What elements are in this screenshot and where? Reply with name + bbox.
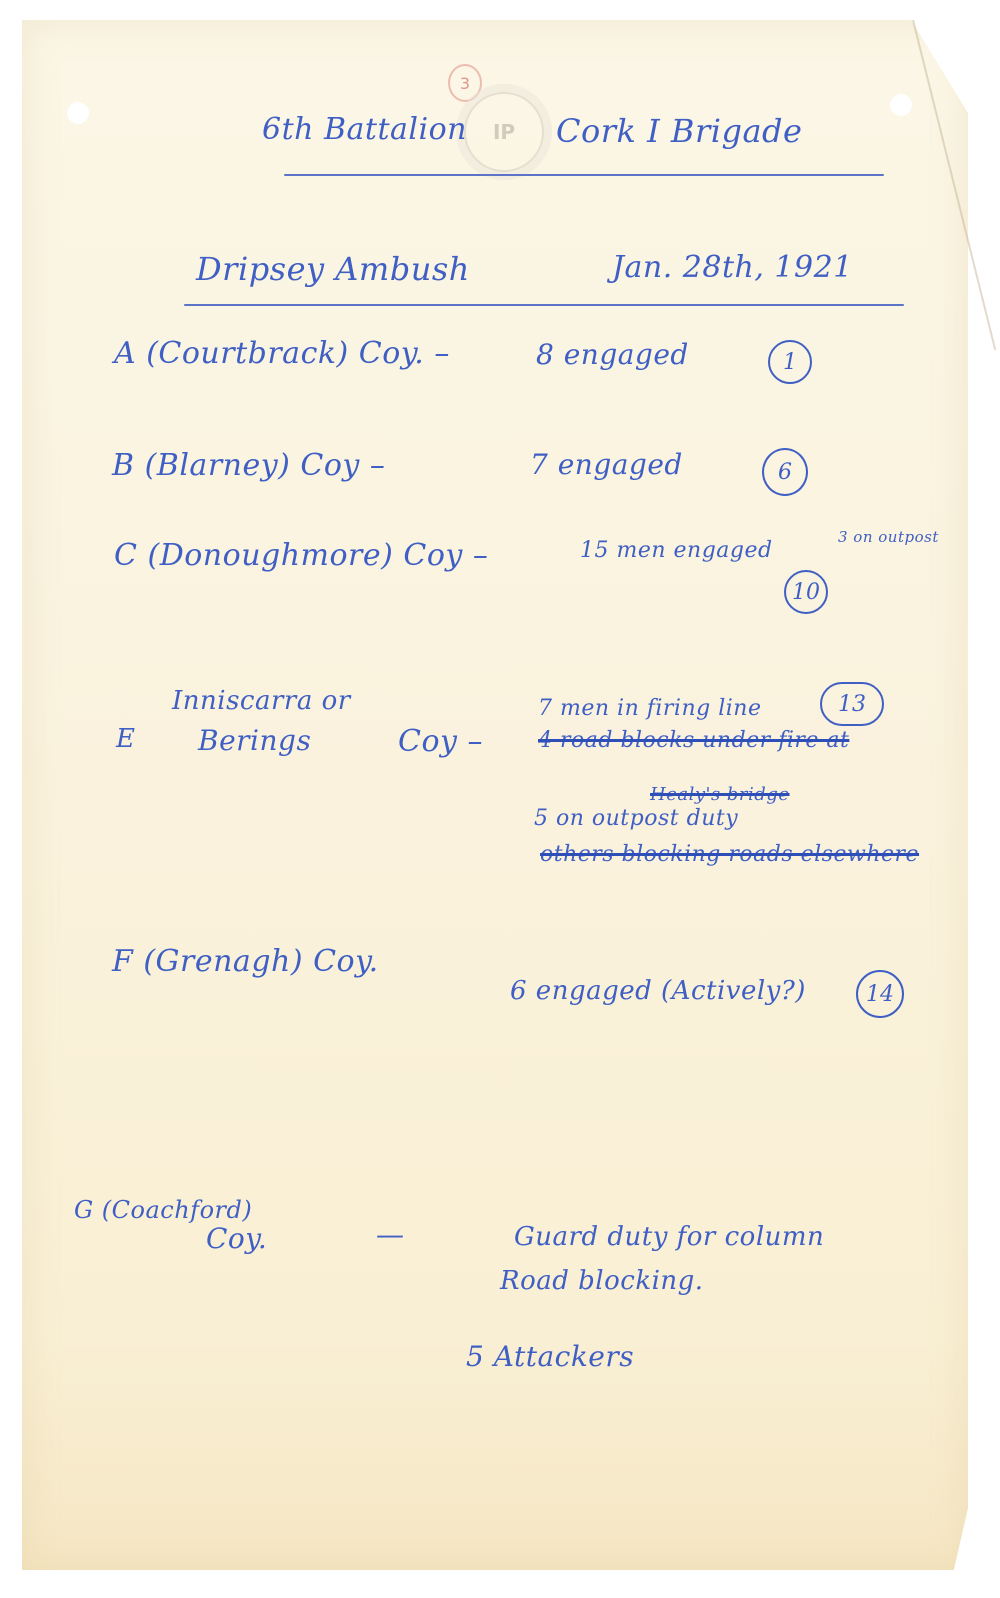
company-f-detail: 6 engaged (Actively?) bbox=[510, 976, 806, 1006]
company-e-detail-4: 5 on outpost duty bbox=[534, 806, 738, 831]
archive-mark: 3 bbox=[448, 64, 482, 102]
company-c-note: 3 on outpost bbox=[838, 528, 939, 546]
punch-hole-left bbox=[67, 102, 89, 124]
company-g-detail-1: Guard duty for column bbox=[514, 1222, 824, 1252]
company-g-detail-2: Road blocking. bbox=[500, 1266, 704, 1296]
company-g-name-line1: G (Coachford) bbox=[74, 1196, 252, 1224]
company-f-label: F (Grenagh) Coy. bbox=[112, 944, 379, 979]
company-e-detail-5-struck: others blocking roads elsewhere bbox=[540, 842, 919, 867]
attackers-note: 5 Attackers bbox=[466, 1340, 634, 1373]
company-e-detail-2-struck: 4 road blocks under fire at bbox=[538, 728, 849, 753]
company-e-coy: Coy – bbox=[398, 724, 483, 759]
company-c-detail: 15 men engaged bbox=[580, 538, 773, 563]
company-c-label: C (Donoughmore) Coy – bbox=[114, 538, 488, 573]
brigade-heading: Cork I Brigade bbox=[556, 112, 802, 150]
company-b-detail: 7 engaged bbox=[530, 448, 683, 481]
company-c-ref: 10 bbox=[784, 570, 828, 614]
company-e-name-line2: Berings bbox=[198, 724, 311, 757]
company-e-name-line1: Inniscarra or bbox=[172, 686, 351, 716]
company-g-dash: — bbox=[376, 1218, 405, 1251]
company-g-name-line2: Coy. bbox=[206, 1222, 267, 1255]
subheader-underline bbox=[184, 304, 904, 306]
company-e-ref: 13 bbox=[820, 682, 884, 726]
punch-hole-right bbox=[890, 94, 912, 116]
ambush-title: Dripsey Ambush bbox=[196, 250, 470, 288]
company-f-ref: 14 bbox=[856, 970, 904, 1018]
company-a-detail: 8 engaged bbox=[536, 338, 689, 371]
battalion-heading: 6th Battalion bbox=[262, 112, 467, 147]
embossed-seal: IP bbox=[464, 92, 544, 172]
header-underline bbox=[284, 174, 884, 176]
company-e-letter: E bbox=[116, 724, 135, 754]
company-a-ref: 1 bbox=[768, 340, 812, 384]
company-e-detail-3-struck: Healy's bridge bbox=[650, 784, 790, 805]
company-a-label: A (Courtbrack) Coy. – bbox=[114, 336, 450, 371]
company-e-detail-1: 7 men in firing line bbox=[538, 696, 761, 721]
ambush-date: Jan. 28th, 1921 bbox=[612, 250, 853, 285]
company-b-ref: 6 bbox=[762, 448, 808, 496]
company-b-label: B (Blarney) Coy – bbox=[112, 448, 385, 483]
